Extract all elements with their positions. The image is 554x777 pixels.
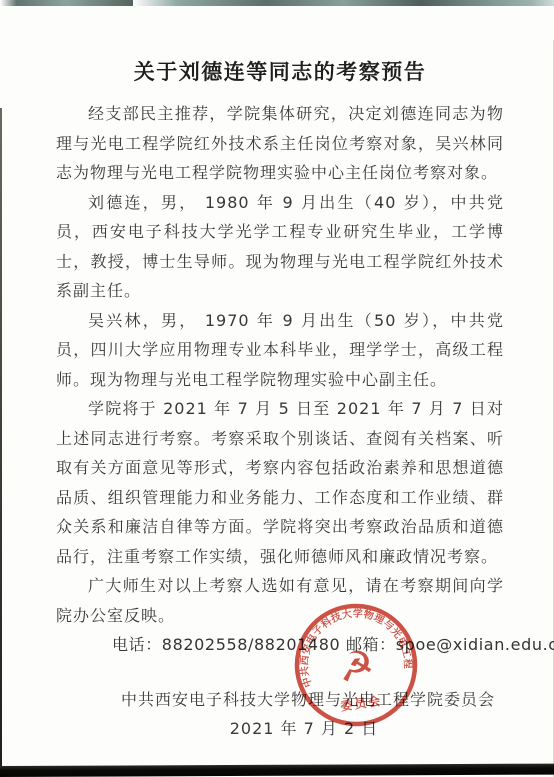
committee-signature: 中共西安电子科技大学物理与光电工程学院委员会 [84,685,532,715]
document-content: 关于刘德连等同志的考察预告 经支部民主推荐，学院集体研究，决定刘德连同志为物理与… [0,0,554,744]
body-paragraph-feedback-notice: 广大师生对以上考察人选如有意见，请在考察期间向学院办公室反映。 [56,571,504,630]
body-paragraph-intro: 经支部民主推荐，学院集体研究，决定刘德连同志为物理与光电工程学院红外技术系主任岗… [56,99,504,188]
body-paragraph-wu-xinglin-bio: 吴兴林，男， 1970 年 9 月出生（50 岁），中共党员，四川大学应用物理专… [56,306,504,395]
contact-line: 电话：88202558/88201480 邮箱：spoe@xidian.edu.… [56,630,504,660]
scan-artifact-bottom-edge [0,764,554,777]
signature-date: 2021 年 7 月 2 日 [80,714,528,744]
document-page: 关于刘德连等同志的考察预告 经支部民主推荐，学院集体研究，决定刘德连同志为物理与… [0,0,554,777]
body-paragraph-liu-delian-bio: 刘德连，男， 1980 年 9 月出生（40 岁），中共党员，西安电子科技大学光… [56,188,504,306]
document-title: 关于刘德连等同志的考察预告 [56,56,504,86]
body-paragraph-inspection-plan: 学院将于 2021 年 7 月 5 日至 2021 年 7 月 7 日对上述同志… [56,394,504,571]
